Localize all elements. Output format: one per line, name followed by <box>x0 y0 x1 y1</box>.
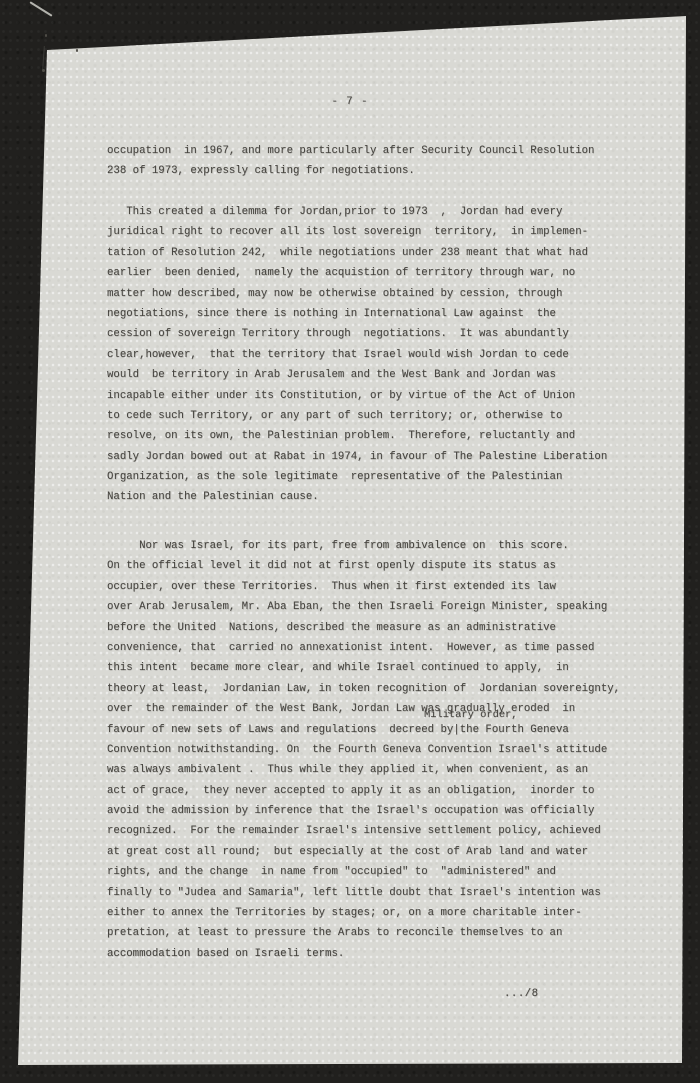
text-line: favour of new sets of Laws and regulatio… <box>107 720 620 740</box>
text-line: either to annex the Territories by stage… <box>107 903 620 923</box>
text-line: tation of Resolution 242, while negotiat… <box>107 243 607 263</box>
text-line: would be territory in Arab Jerusalem and… <box>107 365 607 385</box>
text-line: On the official level it did not at firs… <box>107 556 620 576</box>
text-line: over the remainder of the West Bank, Jor… <box>107 699 620 719</box>
paragraph: This created a dilemma for Jordan,prior … <box>107 202 607 508</box>
text-line: before the United Nations, described the… <box>107 618 620 638</box>
document-text: - 7 - occupation in 1967, and more parti… <box>0 0 700 1083</box>
text-line: avoid the admission by inference that th… <box>107 801 620 821</box>
text-line: Convention notwithstanding. On the Fourt… <box>107 740 620 760</box>
text-line: resolve, on its own, the Palestinian pro… <box>107 426 607 446</box>
interline-insertion-military-order: Military order, <box>424 709 518 721</box>
text-line: theory at least, Jordanian Law, in token… <box>107 679 620 699</box>
scan-background: - 7 - occupation in 1967, and more parti… <box>0 0 700 1083</box>
text-line: 238 of 1973, expressly calling for negot… <box>107 161 594 181</box>
text-line: Nation and the Palestinian cause. <box>107 487 607 507</box>
text-line: occupier, over these Territories. Thus w… <box>107 577 620 597</box>
text-line: finally to "Judea and Samaria", left lit… <box>107 883 620 903</box>
paragraph: Nor was Israel, for its part, free from … <box>107 536 620 964</box>
text-line: recognized. For the remainder Israel's i… <box>107 821 620 841</box>
text-line: rights, and the change in name from "occ… <box>107 862 620 882</box>
text-line: accommodation based on Israeli terms. <box>107 944 620 964</box>
text-line: convenience, that carried no annexationi… <box>107 638 620 658</box>
page-continuation-mark: .../8 <box>504 988 539 1000</box>
text-line: occupation in 1967, and more particularl… <box>107 141 594 161</box>
text-line: at great cost all round; but especially … <box>107 842 620 862</box>
text-line: was always ambivalent . Thus while they … <box>107 760 620 780</box>
text-line: pretation, at least to pressure the Arab… <box>107 923 620 943</box>
paragraph: occupation in 1967, and more particularl… <box>107 141 594 182</box>
text-line: over Arab Jerusalem, Mr. Aba Eban, the t… <box>107 597 620 617</box>
text-line: this intent became more clear, and while… <box>107 658 620 678</box>
text-line: to cede such Territory, or any part of s… <box>107 406 607 426</box>
text-line: cession of sovereign Territory through n… <box>107 324 607 344</box>
text-line: negotiations, since there is nothing in … <box>107 304 607 324</box>
text-line: sadly Jordan bowed out at Rabat in 1974,… <box>107 447 607 467</box>
text-line: clear,however, that the territory that I… <box>107 345 607 365</box>
page-number: - 7 - <box>0 96 700 108</box>
text-line: act of grace, they never accepted to app… <box>107 781 620 801</box>
text-line: juridical right to recover all its lost … <box>107 222 607 242</box>
text-line: incapable either under its Constitution,… <box>107 386 607 406</box>
text-line: Organization, as the sole legitimate rep… <box>107 467 607 487</box>
text-line: earlier been denied, namely the acquisti… <box>107 263 607 283</box>
text-line: Nor was Israel, for its part, free from … <box>107 536 620 556</box>
text-line: matter how described, may now be otherwi… <box>107 284 607 304</box>
text-line: This created a dilemma for Jordan,prior … <box>107 202 607 222</box>
